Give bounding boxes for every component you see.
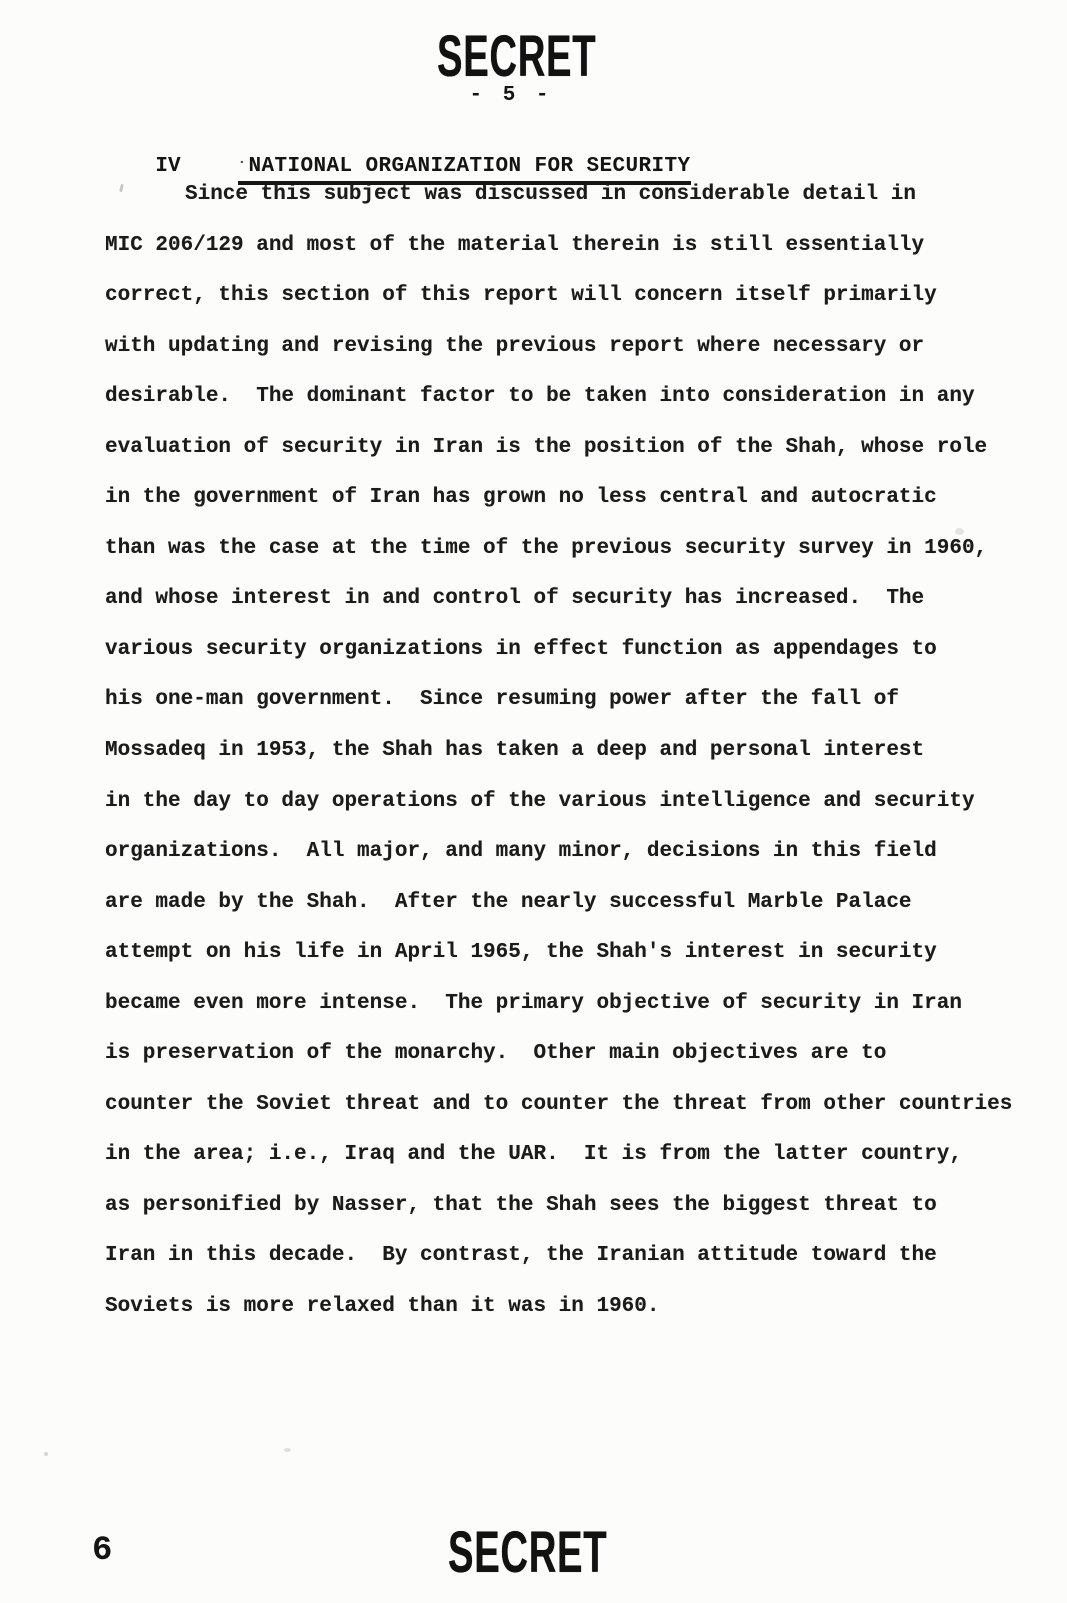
classification-stamp-bottom: SECRET (0, 1524, 1055, 1582)
paper-speck (284, 1448, 291, 1452)
page-number-top: - 5 - (0, 84, 1022, 107)
body-line: with updating and revising the previous … (105, 322, 1047, 373)
body-line: in the area; i.e., Iraq and the UAR. It … (105, 1130, 1047, 1181)
body-line: Since this subject was discussed in cons… (105, 170, 1047, 221)
body-line: as personified by Nasser, that the Shah … (105, 1181, 1047, 1232)
classification-stamp-top: SECRET (0, 28, 1034, 86)
body-text: Since this subject was discussed in cons… (105, 170, 1047, 1333)
body-line: correct, this section of this report wil… (105, 271, 1047, 322)
body-line: Iran in this decade. By contrast, the Ir… (105, 1231, 1047, 1282)
body-line: attempt on his life in April 1965, the S… (105, 928, 1047, 979)
document-page: SECRET - 5 - IV·NATIONAL ORGANIZATION FO… (0, 0, 1067, 1603)
body-line: became even more intense. The primary ob… (105, 979, 1047, 1030)
body-line: Mossadeq in 1953, the Shah has taken a d… (105, 726, 1047, 777)
paper-speck (955, 528, 964, 535)
stray-mark: · (238, 155, 247, 171)
body-line: evaluation of security in Iran is the po… (105, 423, 1047, 474)
classification-stamp-bottom-text: SECRET (448, 1524, 607, 1582)
body-line: is preservation of the monarchy. Other m… (105, 1029, 1047, 1080)
body-line: are made by the Shah. After the nearly s… (105, 878, 1047, 929)
body-line: counter the Soviet threat and to counter… (105, 1080, 1047, 1131)
body-line: organizations. All major, and many minor… (105, 827, 1047, 878)
classification-stamp-top-text: SECRET (437, 28, 596, 86)
body-line: in the day to day operations of the vari… (105, 777, 1047, 828)
body-line: various security organizations in effect… (105, 625, 1047, 676)
body-line: MIC 206/129 and most of the material the… (105, 221, 1047, 272)
body-line: Soviets is more relaxed than it was in 1… (105, 1282, 1047, 1333)
body-line: desirable. The dominant factor to be tak… (105, 372, 1047, 423)
body-line: than was the case at the time of the pre… (105, 524, 1047, 575)
body-line: his one-man government. Since resuming p… (105, 675, 1047, 726)
body-line: in the government of Iran has grown no l… (105, 473, 1047, 524)
body-line: and whose interest in and control of sec… (105, 574, 1047, 625)
paper-speck (44, 1452, 48, 1456)
